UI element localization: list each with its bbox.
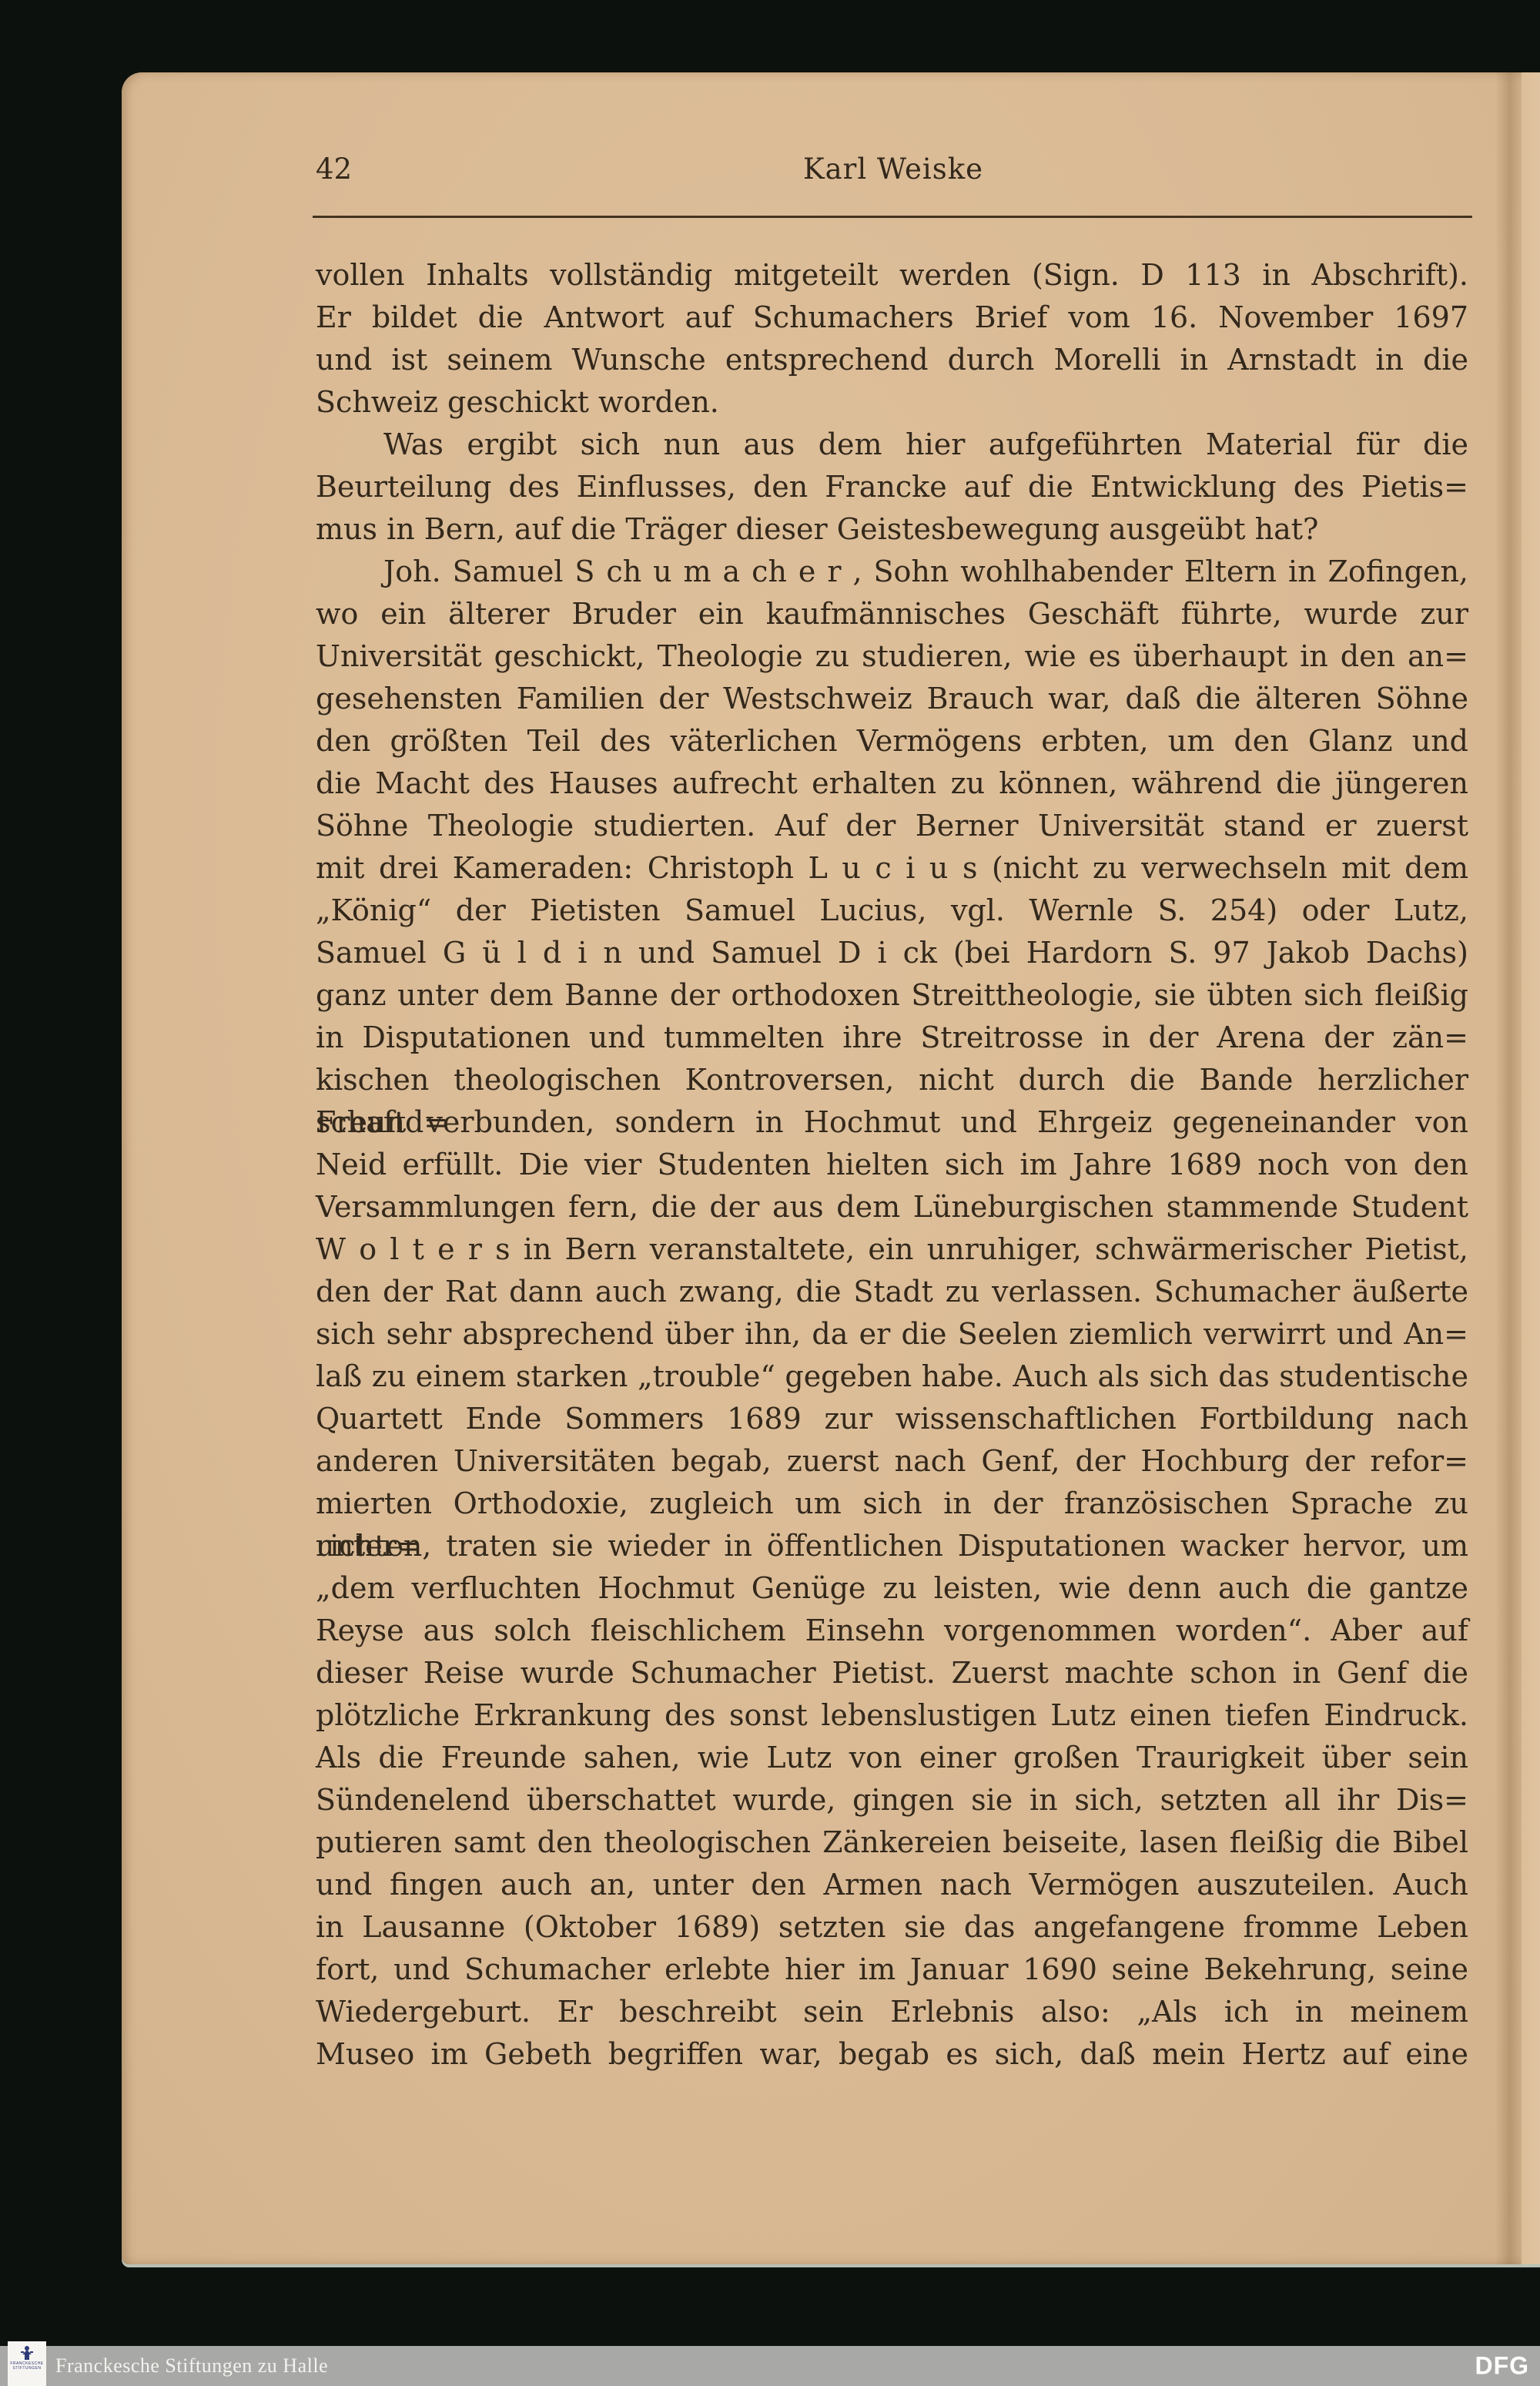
text-line: den der Rat dann auch zwang, die Stadt z…: [316, 1271, 1468, 1313]
text-line: Beurteilung des Einflusses, den Francke …: [316, 466, 1468, 508]
text-line: vollen Inhalts vollständig mitgeteilt we…: [316, 254, 1468, 297]
text-line: in Lausanne (Oktober 1689) setzten sie d…: [316, 1906, 1468, 1949]
text-line: Quartett Ende Sommers 1689 zur wissensch…: [316, 1398, 1468, 1440]
text-line: in Disputationen und tummelten ihre Stre…: [316, 1017, 1468, 1059]
text-line: kischen theologischen Kontroversen, nich…: [316, 1059, 1468, 1101]
text-line: plötzliche Erkrankung des sonst lebenslu…: [316, 1694, 1468, 1737]
scanned-book-page: 42 Karl Weiske vollen Inhalts vollständi…: [0, 0, 1540, 2386]
text-line: Neid erfüllt. Die vier Studenten hielten…: [316, 1144, 1468, 1186]
franckesche-emblem-icon: [18, 2344, 35, 2361]
text-line: putieren samt den theologischen Zänkerei…: [316, 1821, 1468, 1864]
text-line: Was ergibt sich nun aus dem hier aufgefü…: [316, 424, 1468, 466]
paper-sheet: 42 Karl Weiske vollen Inhalts vollständi…: [122, 72, 1540, 2264]
franckesche-stiftungen-logo: FRANCKESCHE STIFTUNGEN: [8, 2341, 46, 2386]
text-line: schaft verbunden, sondern in Hochmut und…: [316, 1101, 1468, 1144]
text-line: W o l t e r s in Bern veranstaltete, ein…: [316, 1228, 1468, 1271]
text-line: mierten Orthodoxie, zugleich um sich in …: [316, 1483, 1468, 1525]
text-line: mus in Bern, auf die Träger dieser Geist…: [316, 508, 1468, 551]
text-line: Joh. Samuel S ch u m a ch e r , Sohn woh…: [316, 551, 1468, 593]
page-body-text: vollen Inhalts vollständig mitgeteilt we…: [316, 254, 1468, 2076]
text-line: Universität geschickt, Theologie zu stud…: [316, 635, 1468, 678]
viewer-footer-bar: FRANCKESCHE STIFTUNGEN Franckesche Stift…: [0, 2346, 1540, 2386]
text-line: den größten Teil des väterlichen Vermöge…: [316, 720, 1468, 762]
text-line: Als die Freunde sahen, wie Lutz von eine…: [316, 1737, 1468, 1779]
text-line: Versammlungen fern, die der aus dem Lüne…: [316, 1186, 1468, 1228]
text-line: Museo im Gebeth begriffen war, begab es …: [316, 2033, 1468, 2076]
text-line: ganz unter dem Banne der orthodoxen Stre…: [316, 974, 1468, 1017]
text-line: richten, traten sie wieder in öffentlich…: [316, 1525, 1468, 1567]
text-line: anderen Universitäten begab, zuerst nach…: [316, 1440, 1468, 1483]
dfg-logo: DFG: [1475, 2352, 1529, 2381]
page-fold-crease: [1495, 72, 1522, 2264]
text-line: „dem verfluchten Hochmut Genüge zu leist…: [316, 1567, 1468, 1610]
text-line: laß zu einem starken „trouble“ gegeben h…: [316, 1356, 1468, 1398]
text-line: Sündenelend überschattet wurde, gingen s…: [316, 1779, 1468, 1821]
text-line: Wiedergeburt. Er beschreibt sein Erlebni…: [316, 1991, 1468, 2033]
text-line: Söhne Theologie studierten. Auf der Bern…: [316, 805, 1468, 847]
text-line: gesehensten Familien der Westschweiz Bra…: [316, 678, 1468, 720]
text-line: fort, und Schumacher erlebte hier im Jan…: [316, 1949, 1468, 1991]
footer-institution-title: Franckesche Stiftungen zu Halle: [55, 2354, 328, 2378]
text-line: Schweiz geschickt worden.: [316, 381, 1468, 424]
text-line: mit drei Kameraden: Christoph L u c i u …: [316, 847, 1468, 890]
text-line: Samuel G ü l d i n und Samuel D i ck (be…: [316, 932, 1468, 974]
logo-text-line2: STIFTUNGEN: [13, 2366, 42, 2371]
header-rule: [313, 216, 1472, 218]
text-line: und fingen auch an, unter den Armen nach…: [316, 1864, 1468, 1906]
text-line: dieser Reise wurde Schumacher Pietist. Z…: [316, 1652, 1468, 1694]
next-page-edge: [1522, 72, 1540, 2264]
text-line: Reyse aus solch fleischlichem Einsehn vo…: [316, 1610, 1468, 1652]
running-title: Karl Weiske: [316, 152, 1471, 186]
running-head: 42 Karl Weiske: [316, 152, 1471, 199]
text-line: „König“ der Pietisten Samuel Lucius, vgl…: [316, 890, 1468, 932]
text-line: wo ein älterer Bruder ein kaufmännisches…: [316, 593, 1468, 635]
text-line: die Macht des Hauses aufrecht erhalten z…: [316, 762, 1468, 805]
text-line: und ist seinem Wunsche entsprechend durc…: [316, 339, 1468, 381]
text-line: sich sehr absprechend über ihn, da er di…: [316, 1313, 1468, 1356]
text-line: Er bildet die Antwort auf Schumachers Br…: [316, 297, 1468, 339]
